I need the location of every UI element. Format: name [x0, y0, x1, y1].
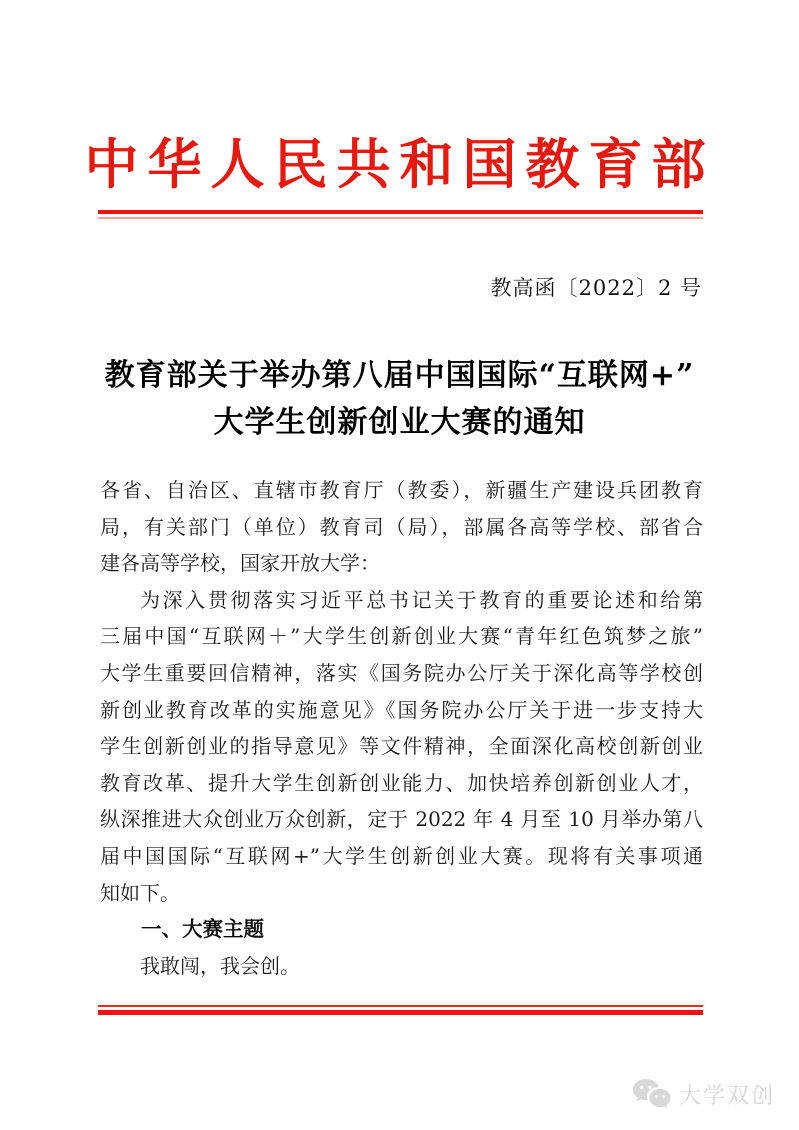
notice-body: 各省、自治区、直辖市教育厅（教委），新疆生产建设兵团教育 局，有关部门（单位）教…	[100, 472, 703, 984]
body-line: 学生创新创业的指导意见》等文件精神，全面深化高校创新创业	[100, 728, 703, 765]
body-line: 三届中国“互联网＋”大学生创新创业大赛“青年红色筑梦之旅”	[100, 618, 703, 655]
body-line: 我敢闯，我会创。	[100, 948, 703, 985]
body-line: 新创业教育改革的实施意见》《国务院办公厅关于进一步支持大	[100, 692, 703, 729]
body-line: 为深入贯彻落实习近平总书记关于教育的重要论述和给第	[100, 582, 703, 619]
bottom-separator-thin	[98, 1005, 703, 1007]
body-line: 知如下。	[100, 875, 703, 912]
top-separator-thin	[98, 217, 703, 219]
agency-header: 中华人民共和国教育部	[0, 122, 799, 199]
body-line: 局，有关部门（单位）教育司（局），部属各高等学校、部省合	[100, 509, 703, 546]
document-page: 中华人民共和国教育部 教高函〔2022〕2 号 教育部关于举办第八届中国国际“互…	[0, 0, 799, 1130]
wechat-icon	[632, 1078, 672, 1110]
notice-title-line2: 大学生创新创业大赛的通知	[0, 399, 799, 446]
notice-title-line1: 教育部关于举办第八届中国国际“互联网+”	[0, 352, 799, 399]
body-line: 届中国国际“互联网+”大学生创新创业大赛。现将有关事项通	[100, 838, 703, 875]
body-line: 各省、自治区、直辖市教育厅（教委），新疆生产建设兵团教育	[100, 472, 703, 509]
notice-title: 教育部关于举办第八届中国国际“互联网+” 大学生创新创业大赛的通知	[0, 352, 799, 446]
watermark: 大学双创	[632, 1078, 775, 1110]
body-line: 教育改革、提升大学生创新创业能力、加快培养创新创业人才，	[100, 765, 703, 802]
body-line: 大学生重要回信精神，落实《国务院办公厅关于深化高等学校创	[100, 655, 703, 692]
top-separator-thick	[98, 210, 703, 214]
watermark-label: 大学双创	[679, 1079, 775, 1110]
body-line: 纵深推进大众创业万众创新，定于 2022 年 4 月至 10 月举办第八	[100, 801, 703, 838]
section-heading: 一、大赛主题	[100, 911, 703, 948]
bottom-separator-thick	[98, 1010, 703, 1015]
body-line: 建各高等学校，国家开放大学：	[100, 545, 703, 582]
doc-number: 教高函〔2022〕2 号	[491, 272, 702, 302]
